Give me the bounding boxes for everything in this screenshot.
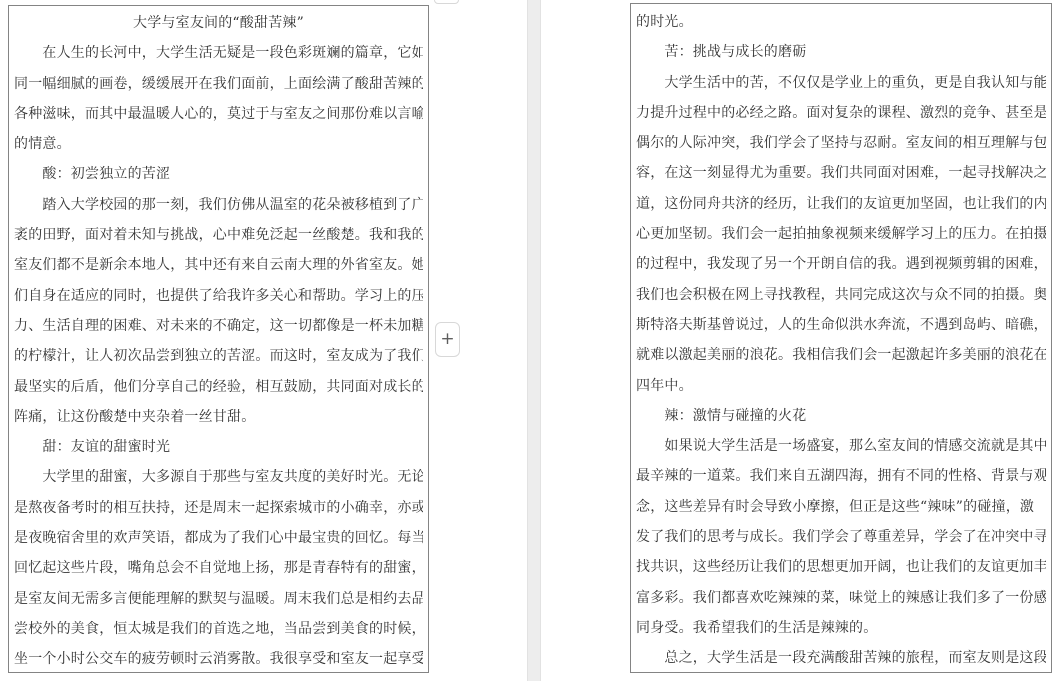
text-line: 的情意。 (14, 129, 423, 159)
text-line: 们自身在适应的同时，也提供了给我许多关心和帮助。学习上的压 (14, 281, 423, 311)
text-line: 是夜晚宿舍里的欢声笑语，都成为了我们心中最宝贵的回忆。每当 (14, 523, 423, 553)
document-page-right[interactable]: 的时光。 苦：挑战与成长的磨砺 大学生活中的苦，不仅仅是学业上的重负，更是自我认… (630, 3, 1052, 673)
text-line: 四年中。 (636, 371, 1046, 401)
text-line: 同身受。我希望我们的生活是辣辣的。 (636, 613, 1046, 643)
text-line: 就难以激起美丽的浪花。我相信我们会一起激起许多美丽的浪花在 (636, 340, 1046, 370)
text-line: 袤的田野，面对着未知与挑战，心中难免泛起一丝酸楚。我和我的 (14, 220, 423, 250)
text-line: 是熬夜备考时的相互扶持，还是周末一起探索城市的小确幸，亦或 (14, 493, 423, 523)
text-line: 各种滋味，而其中最温暖人心的，莫过于与室友之间那份难以言喻 (14, 99, 423, 129)
text-line: 室友们都不是新余本地人，其中还有来自云南大理的外省室友。她 (14, 250, 423, 280)
text-line: 的过程中，我发现了另一个开朗自信的我。遇到视频剪辑的困难， (636, 249, 1046, 279)
text-line: 找共识，这些经历让我们的思想更加开阔，也让我们的友谊更加丰 (636, 552, 1046, 582)
text-line: 在人生的长河中，大学生活无疑是一段色彩斑斓的篇章，它如 (14, 38, 423, 68)
page-gap-divider (527, 0, 541, 681)
text-line: 苦：挑战与成长的磨砺 (636, 37, 1046, 67)
text-line: 的时光。 (636, 7, 1046, 37)
text-line: 回忆起这些片段，嘴角总会不自觉地上扬，那是青春特有的甜蜜， (14, 553, 423, 583)
text-line: 酸：初尝独立的苦涩 (14, 159, 423, 189)
text-line: 念，这些差异有时会导致小摩擦，但正是这些“辣味”的碰撞，激 (636, 492, 1046, 522)
text-line: 斯特洛夫斯基曾说过，人的生命似洪水奔流，不遇到岛屿、暗礁， (636, 310, 1046, 340)
text-line: 大学生活中的苦，不仅仅是学业上的重负，更是自我认知与能 (636, 68, 1046, 98)
insert-plus-button[interactable]: + (435, 322, 460, 357)
text-line: 阵痛，让这份酸楚中夹杂着一丝甘甜。 (14, 402, 423, 432)
text-line: 最辛辣的一道菜。我们来自五湖四海，拥有不同的性格、背景与观 (636, 461, 1046, 491)
text-line: 容，在这一刻显得尤为重要。我们共同面对困难，一起寻找解决之 (636, 158, 1046, 188)
text-line: 坐一个小时公交车的疲劳顿时云消雾散。我很享受和室友一起享受 (14, 644, 423, 674)
text-line: 力提升过程中的必经之路。面对复杂的课程、激烈的竞争、甚至是 (636, 98, 1046, 128)
text-line: 总之，大学生活是一段充满酸甜苦辣的旅程，而室友则是这段 (636, 643, 1046, 673)
text-line: 是室友间无需多言便能理解的默契与温暖。周末我们总是相约去品 (14, 584, 423, 614)
plus-icon: + (440, 331, 454, 348)
text-line: 尝校外的美食，恒太城是我们的首选之地，当品尝到美食的时候， (14, 614, 423, 644)
text-line: 的柠檬汁，让人初次品尝到独立的苦涩。而这时，室友成为了我们 (14, 341, 423, 371)
text-line: 踏入大学校园的那一刻，我们仿佛从温室的花朵被移植到了广 (14, 190, 423, 220)
text-line: 同一幅细腻的画卷，缓缓展开在我们面前，上面绘满了酸甜苦辣的 (14, 69, 423, 99)
text-line: 甜：友谊的甜蜜时光 (14, 432, 423, 462)
text-line: 我们也会积极在网上寻找教程，共同完成这次与众不同的拍摄。奥 (636, 280, 1046, 310)
text-line: 辣：激情与碰撞的火花 (636, 401, 1046, 431)
text-line: 大学里的甜蜜，大多源自于那些与室友共度的美好时光。无论 (14, 462, 423, 492)
text-line: 偶尔的人际冲突，我们学会了坚持与忍耐。室友间的相互理解与包 (636, 128, 1046, 158)
document-title: 大学与室友间的“酸甜苦辣” (14, 8, 423, 38)
document-page-left[interactable]: 大学与室友间的“酸甜苦辣” 在人生的长河中，大学生活无疑是一段色彩斑斓的篇章，它… (8, 5, 429, 673)
text-line: 发了我们的思考与成长。我们学会了尊重差异，学会了在冲突中寻 (636, 522, 1046, 552)
text-line: 富多彩。我们都喜欢吃辣辣的菜，味觉上的辣感让我们多了一份感 (636, 583, 1046, 613)
text-line: 道，这份同舟共济的经历，让我们的友谊更加坚固，也让我们的内 (636, 189, 1046, 219)
text-line: 如果说大学生活是一场盛宴，那么室友间的情感交流就是其中 (636, 431, 1046, 461)
text-line: 力、生活自理的困难、对未来的不确定，这一切都像是一杯未加糖 (14, 311, 423, 341)
text-line: 心更加坚韧。我们会一起拍抽象视频来缓解学习上的压力。在拍摄 (636, 219, 1046, 249)
text-line: 最坚实的后盾，他们分享自己的经验，相互鼓励，共同面对成长的 (14, 372, 423, 402)
floating-button-partial[interactable] (434, 0, 459, 4)
